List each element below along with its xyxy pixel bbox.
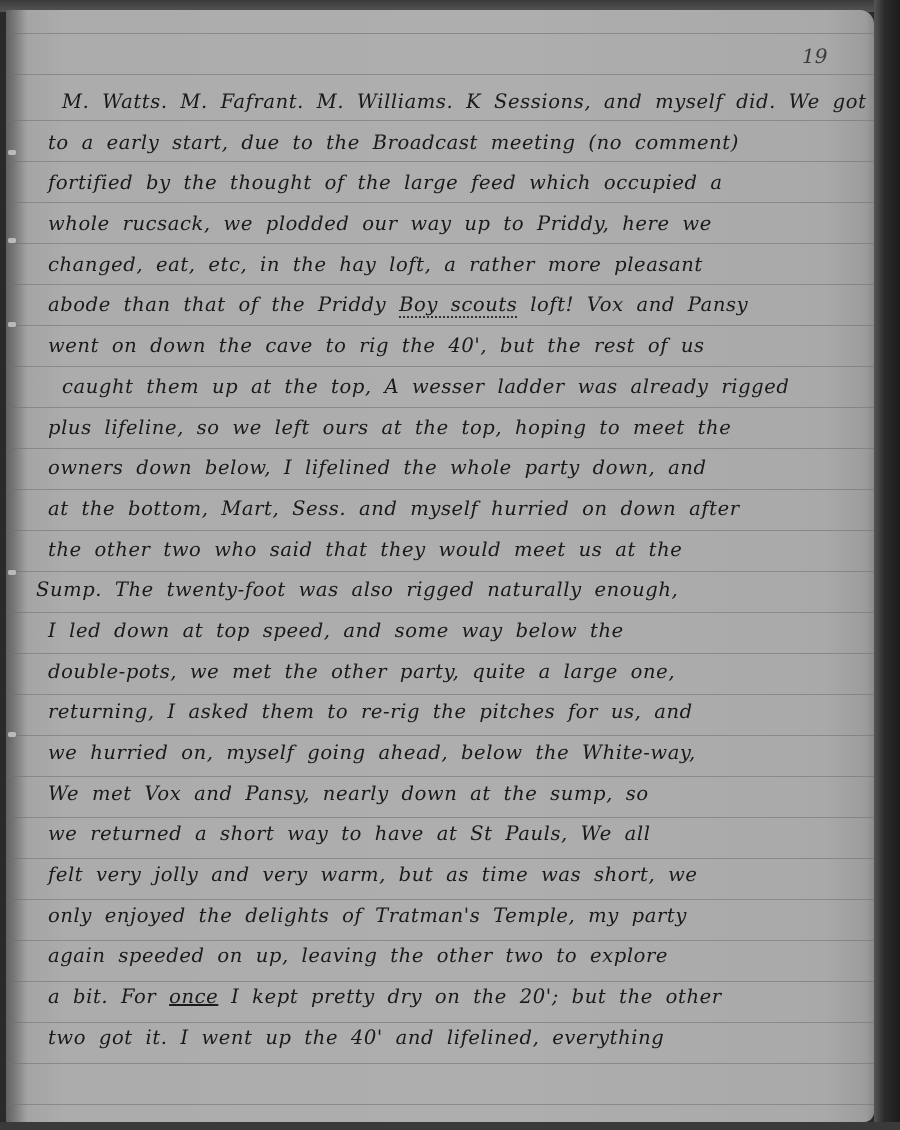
text-line: caught them up at the top, A wesser ladd… [36,367,866,408]
text-line: returning, I asked them to re-rig the pi… [36,692,866,733]
text-line: I led down at top speed, and some way be… [36,611,866,652]
text-segment: loft! Vox and Pansy [517,293,748,316]
text-line: went on down the cave to rig the 40', bu… [36,326,866,367]
underlined-text: once [169,985,218,1008]
margin-punch-mark [8,322,16,327]
dotted-underlined-text: Boy scouts [399,293,517,318]
text-segment: abode than that of the Priddy [48,293,399,316]
text-segment: I kept pretty dry on the 20'; but the ot… [218,985,721,1008]
page-number: 19 [802,44,827,68]
text-line: two got it. I went up the 40' and lifeli… [36,1018,866,1059]
text-line: felt very jolly and very warm, but as ti… [36,855,866,896]
text-line: owners down below, I lifelined the whole… [36,448,866,489]
text-line-with-underline: abode than that of the Priddy Boy scouts… [36,285,866,326]
text-line-with-underline: a bit. For once I kept pretty dry on the… [36,977,866,1018]
text-line: we hurried on, myself going ahead, below… [36,733,866,774]
text-line: the other two who said that they would m… [36,530,866,571]
text-line: M. Watts. M. Fafrant. M. Williams. K Ses… [36,82,866,123]
margin-punch-mark [8,150,16,155]
text-line: changed, eat, etc, in the hay loft, a ra… [36,245,866,286]
notebook-page: 19 M. Watts. M. Fafrant. M. Williams. K … [6,10,874,1122]
photo-background: 19 M. Watts. M. Fafrant. M. Williams. K … [0,0,900,1130]
text-line: We met Vox and Pansy, nearly down at the… [36,774,866,815]
margin-punch-mark [8,238,16,243]
notebook-binding-shadow [874,0,900,1130]
text-line: whole rucsack, we plodded our way up to … [36,204,866,245]
text-line: Sump. The twenty-foot was also rigged na… [36,570,866,611]
text-line: plus lifeline, so we left ours at the to… [36,408,866,449]
text-line: to a early start, due to the Broadcast m… [36,123,866,164]
text-line: at the bottom, Mart, Sess. and myself hu… [36,489,866,530]
text-segment: a bit. For [48,985,169,1008]
handwritten-text: M. Watts. M. Fafrant. M. Williams. K Ses… [36,82,866,1059]
notebook-bottom-edge [0,1122,900,1130]
margin-punch-mark [8,570,16,575]
text-line: only enjoyed the delights of Tratman's T… [36,896,866,937]
text-line: fortified by the thought of the large fe… [36,163,866,204]
text-line: double-pots, we met the other party, qui… [36,652,866,693]
text-line: we returned a short way to have at St Pa… [36,814,866,855]
margin-punch-mark [8,732,16,737]
text-line: again speeded on up, leaving the other t… [36,936,866,977]
